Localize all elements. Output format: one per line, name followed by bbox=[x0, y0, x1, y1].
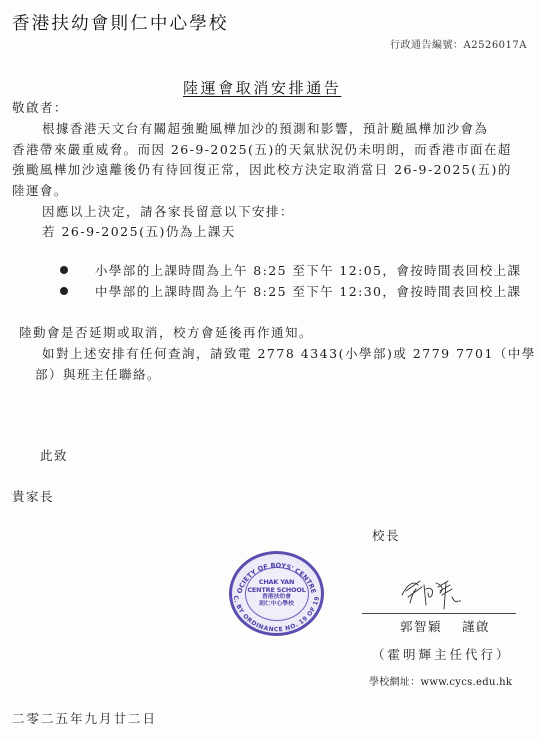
bullet-icon bbox=[60, 287, 68, 295]
notice-title: 陸運會取消安排通告 bbox=[183, 77, 341, 98]
bullet-text: 中學部的上課時間為上午 8:25 至下午 12:30，會按時間表回校上課 bbox=[95, 282, 521, 300]
svg-text:SOCIETY OF BOYS' CENTRES: SOCIETY OF BOYS' CENTRES bbox=[229, 551, 318, 595]
signatory-name: 郭智穎 bbox=[400, 617, 442, 635]
postpone-note: 陸動會是否延期或取消，校方會延後再作通知。 bbox=[19, 323, 313, 341]
notice-date: 二零二五年九月廿二日 bbox=[12, 709, 157, 727]
addressee: 貴家長 bbox=[12, 487, 54, 505]
reference-number: 行政通告編號：A2526017A bbox=[390, 36, 527, 51]
salutation: 敬啟者： bbox=[12, 98, 68, 116]
signature-line bbox=[362, 613, 516, 614]
enquiry-line: 如對上述安排有任何查詢，請致電 2778 4343(小學部)或 2779 770… bbox=[42, 344, 536, 362]
paragraph-main: 根據香港天文台有關超強颱風樺加沙的預測和影響，預計颱風樺加沙會為 香港帶來嚴重威… bbox=[12, 119, 512, 201]
principal-role: 校長 bbox=[372, 526, 400, 544]
signature-icon bbox=[396, 575, 466, 611]
closing: 此致 bbox=[40, 446, 68, 464]
bullet-item-primary: 小學部的上課時間為上午 8:25 至下午 12:05，會按時間表回校上課 bbox=[58, 261, 521, 279]
paragraph-line: 根據香港天文台有關超強颱風樺加沙的預測和影響，預計颱風樺加沙會為 bbox=[12, 119, 512, 140]
condition-line: 若 26-9-2025(五)仍為上課天 bbox=[42, 222, 236, 240]
paragraph-line: 香港帶來嚴重威脅。而因 26-9-2025(五)的天氣狀況仍未明朗，而香港市面在… bbox=[12, 140, 512, 161]
school-name: 香港扶幼會則仁中心學校 bbox=[12, 10, 229, 35]
bullet-text: 小學部的上課時間為上午 8:25 至下午 12:05，會按時間表回校上課 bbox=[95, 261, 521, 279]
stamp-ring-text-icon: SOCIETY OF BOYS' CENTRES INC. BY ORDINAN… bbox=[229, 551, 324, 636]
paragraph-line: 強颱風樺加沙遠離後仍有待回復正常，因此校方決定取消當日 26-9-2025(五)… bbox=[12, 160, 512, 181]
bullet-item-secondary: 中學部的上課時間為上午 8:25 至下午 12:30，會按時間表回校上課 bbox=[58, 282, 521, 300]
arrangement-intro: 因應以上決定，請各家長留意以下安排： bbox=[42, 202, 294, 220]
respectfully-closing: 謹啟 bbox=[462, 617, 490, 635]
bullet-icon bbox=[60, 266, 68, 274]
acting-officer: （霍明輝主任代行） bbox=[372, 645, 512, 663]
school-website: 學校網址：www.cycs.edu.hk bbox=[369, 673, 512, 688]
paragraph-line: 陸運會。 bbox=[12, 181, 512, 202]
enquiry-line: 部）與班主任聯絡。 bbox=[35, 365, 161, 383]
